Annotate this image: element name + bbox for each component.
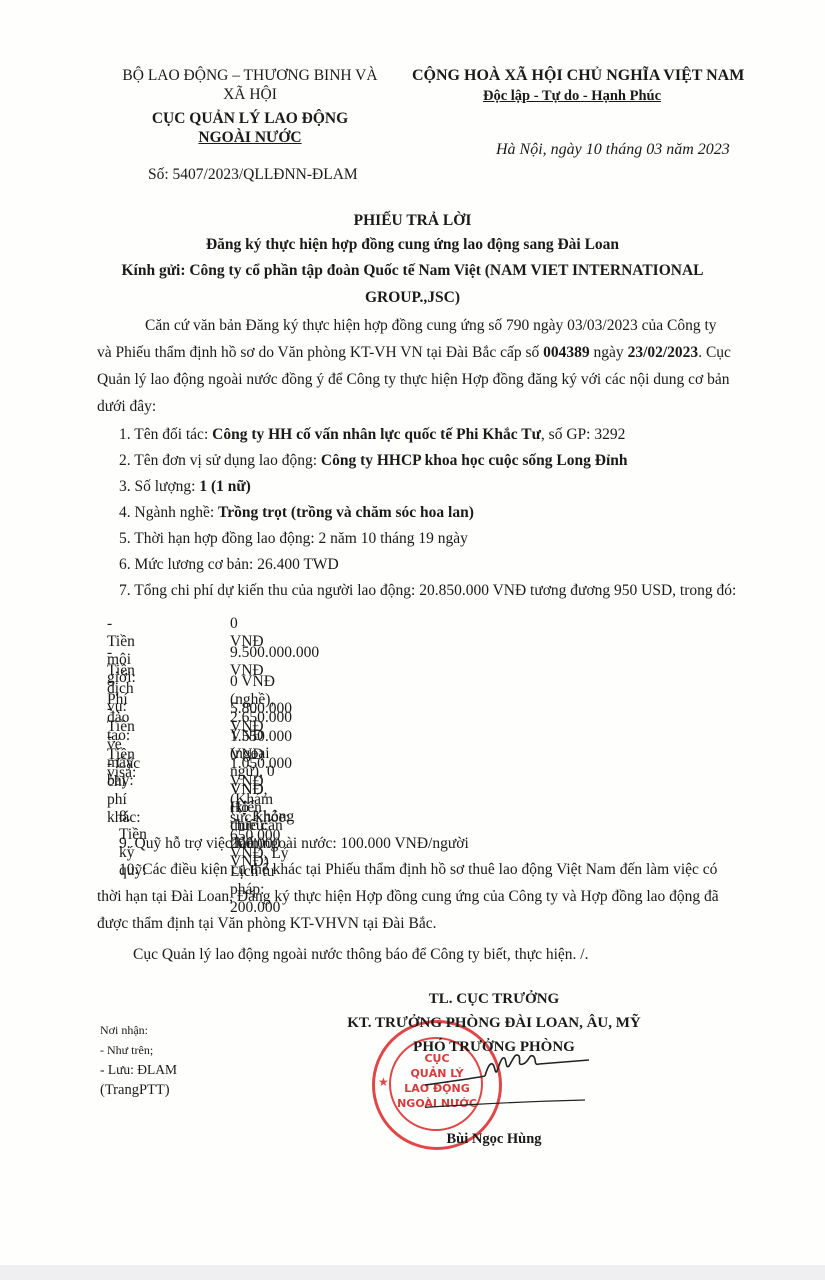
recipients-line2: - Lưu: ĐLAM: [100, 1059, 177, 1081]
agency-line2: NGOÀI NƯỚC: [100, 128, 400, 147]
list-item: 7. Tổng chi phí dự kiến thu của người la…: [119, 582, 736, 608]
intro-line1: Căn cứ văn bản Đăng ký thực hiện hợp đồn…: [97, 314, 731, 338]
recipient-line2: GROUP.,JSC): [0, 289, 825, 307]
items-list: 1. Tên đối tác: Công ty HH cố vấn nhân l…: [119, 426, 736, 608]
nation-title: CỘNG HOÀ XÃ HỘI CHỦ NGHĨA VIỆT NAM: [412, 66, 732, 85]
signature-title-2: KT. TRƯỞNG PHÒNG ĐÀI LOAN, ÂU, MỸ: [336, 1015, 652, 1032]
recipients-line3: (TrangPTT): [100, 1081, 177, 1099]
recipient-line1: Kính gửi: Công ty cổ phần tập đoàn Quốc …: [0, 262, 825, 280]
list-item: 2. Tên đơn vị sử dụng lao động: Công ty …: [119, 452, 736, 478]
intro-line2: và Phiếu thẩm định hồ sơ do Văn phòng KT…: [97, 341, 731, 365]
intro-line4: dưới đây:: [97, 395, 731, 419]
signer-name: Bùi Ngọc Hùng: [336, 1131, 652, 1148]
agency-name: CỤC QUẢN LÝ LAO ĐỘNG NGOÀI NƯỚC: [100, 109, 400, 147]
ministry-name: BỘ LAO ĐỘNG – THƯƠNG BINH VÀ XÃ HỘI: [100, 66, 400, 104]
ministry-line1: BỘ LAO ĐỘNG – THƯƠNG BINH VÀ: [100, 66, 400, 85]
document-subtitle: Đăng ký thực hiện hợp đồng cung ứng lao …: [0, 236, 825, 254]
agency-line1: CỤC QUẢN LÝ LAO ĐỘNG: [100, 109, 400, 128]
intro-paragraph: Căn cứ văn bản Đăng ký thực hiện hợp đồn…: [97, 314, 731, 419]
document-number: Số: 5407/2023/QLLĐNN-ĐLAM: [148, 166, 358, 184]
item10-line2: thời hạn tại Đài Loan, Đăng ký thực hiện…: [97, 885, 719, 909]
list-item: 5. Thời hạn hợp đồng lao động: 2 năm 10 …: [119, 530, 736, 556]
national-motto: Độc lập - Tự do - Hạnh Phúc: [412, 87, 732, 106]
viewer-bottom-bar: [0, 1265, 825, 1280]
list-item: 6. Mức lương cơ bản: 26.400 TWD: [119, 556, 736, 582]
item-10: 10. Các điều kiện cụ thể khác tại Phiếu …: [97, 858, 719, 936]
signature-title-1: TL. CỤC TRƯỞNG: [336, 991, 652, 1008]
ministry-line2: XÃ HỘI: [100, 85, 400, 104]
document-title: PHIẾU TRẢ LỜI: [0, 212, 825, 230]
list-item: 4. Ngành nghề: Trồng trọt (trồng và chăm…: [119, 504, 736, 530]
employment-fund: 9. Quỹ hỗ trợ việc làm ngoài nước: 100.0…: [119, 835, 469, 853]
handwritten-signature: [425, 1050, 625, 1120]
item10-line3: được thẩm định tại Văn phòng KT-VHVN tại…: [97, 912, 719, 936]
recipients-line1: - Như trên;: [100, 1041, 177, 1059]
closing-statement: Cục Quản lý lao động ngoài nước thông bá…: [133, 946, 588, 964]
recipients-title: Nơi nhận:: [100, 1020, 177, 1041]
recipients-block: Nơi nhận: - Như trên; - Lưu: ĐLAM (Trang…: [100, 1020, 177, 1099]
list-item: 1. Tên đối tác: Công ty HH cố vấn nhân l…: [119, 426, 736, 452]
item10-line1: 10. Các điều kiện cụ thể khác tại Phiếu …: [97, 858, 719, 882]
intro-line3: Quản lý lao động ngoài nước đồng ý để Cô…: [97, 368, 731, 392]
list-item: 3. Số lượng: 1 (1 nữ): [119, 478, 736, 504]
place-date: Hà Nội, ngày 10 tháng 03 năm 2023: [496, 141, 730, 159]
